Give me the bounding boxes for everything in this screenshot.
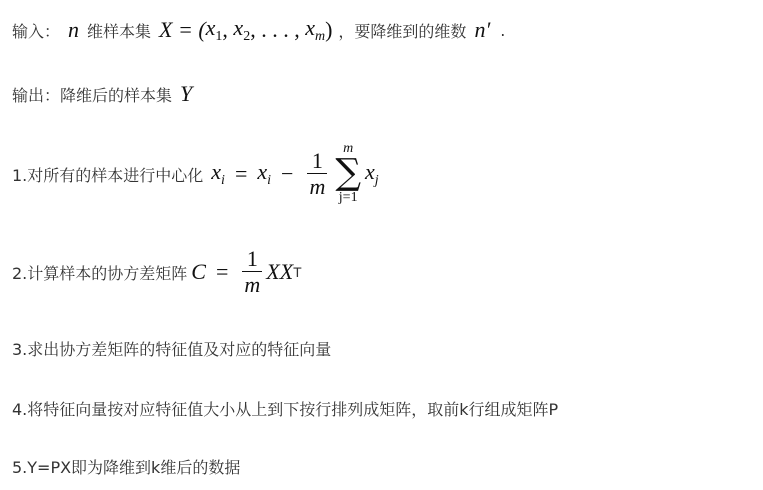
math-x-eq: X = (	[159, 17, 206, 43]
math-n-prime: n′	[474, 17, 490, 43]
math-xi-rhs: xi	[257, 159, 271, 189]
input-period: .	[500, 21, 505, 40]
math-c: C	[191, 259, 206, 285]
math-xj: xj	[365, 159, 379, 189]
math-n: n	[68, 17, 79, 43]
math-eq: =	[216, 259, 228, 285]
summation: m ∑ j=1	[335, 142, 361, 206]
input-text-1: 维样本集	[87, 19, 151, 42]
math-xi-lhs: xi	[211, 159, 225, 189]
math-y: Y	[180, 81, 192, 107]
math-eq: =	[235, 161, 247, 187]
math-transpose: T	[293, 264, 302, 280]
math-dots: , . . . ,	[250, 17, 300, 43]
step-4-text: 4.将特征向量按对应特征值大小从上到下按行排列成矩阵，取前k行组成矩阵P	[12, 397, 558, 420]
math-x1: x1	[206, 15, 223, 45]
step-5: 5.Y=PX即为降维到k维后的数据	[12, 454, 240, 478]
step-3: 3.求出协方差矩阵的特征值及对应的特征向量	[12, 336, 331, 360]
input-label: 输入：	[12, 19, 60, 42]
math-minus: −	[281, 161, 293, 187]
output-label: 输出：	[12, 83, 60, 106]
math-x2: x2	[233, 15, 250, 45]
output-line: 输出： 降维后的样本集 Y	[12, 78, 192, 110]
math-xx: XX	[266, 259, 293, 285]
math-close-paren: )	[325, 17, 332, 43]
fraction-1-over-m: 1 m	[242, 247, 262, 298]
fraction-1-over-m: 1 m	[307, 149, 327, 200]
step-3-text: 3.求出协方差矩阵的特征值及对应的特征向量	[12, 337, 331, 360]
output-text: 降维后的样本集	[60, 83, 172, 106]
step-1-label: 1.对所有的样本进行中心化	[12, 163, 203, 186]
input-text-2: 要降维到的维数	[354, 19, 466, 42]
step-2: 2.计算样本的协方差矩阵 C = 1 m XX T	[12, 240, 302, 304]
step-4: 4.将特征向量按对应特征值大小从上到下按行排列成矩阵，取前k行组成矩阵P	[12, 396, 558, 420]
input-comma: ，	[338, 19, 354, 42]
step-1: 1.对所有的样本进行中心化 xi = xi − 1 m m ∑ j=1 xj	[12, 134, 379, 214]
input-line: 输入： n 维样本集 X = ( x1 , x2 , . . . , xm ) …	[12, 14, 505, 46]
step-2-label: 2.计算样本的协方差矩阵	[12, 261, 187, 284]
step-5-text: 5.Y=PX即为降维到k维后的数据	[12, 455, 240, 478]
math-xm: xm	[305, 15, 325, 45]
